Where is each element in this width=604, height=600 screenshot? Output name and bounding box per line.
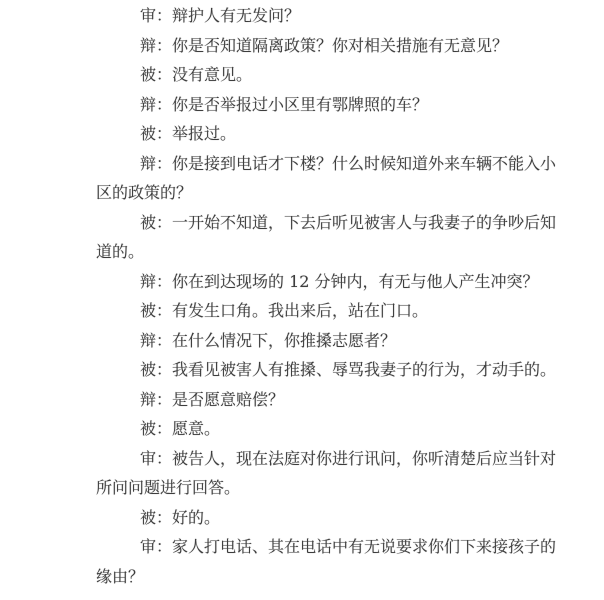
transcript-paragraph: 被：有发生口角。我出来后，站在门口。 (96, 296, 558, 326)
transcript-paragraph: 辩：你是接到电话才下楼？什么时候知道外来车辆不能入小区的政策的？ (96, 149, 558, 208)
transcript-paragraph: 辩：你在到达现场的 12 分钟内，有无与他人产生冲突？ (96, 267, 558, 297)
transcript-paragraph: 被：一开始不知道，下去后听见被害人与我妻子的争吵后知道的。 (96, 208, 558, 267)
transcript-paragraph: 辩：你是否知道隔离政策？你对相关措施有无意见？ (96, 31, 558, 61)
transcript-paragraph: 辩：你是否举报过小区里有鄂牌照的车？ (96, 90, 558, 120)
transcript-paragraph: 被：我看见被害人有推搡、辱骂我妻子的行为，才动手的。 (96, 355, 558, 385)
transcript-paragraph: 辩：是否愿意赔偿？ (96, 385, 558, 415)
transcript-paragraph: 被：没有意见。 (96, 60, 558, 90)
transcript-text: 审：辩护人有无发问？ 辩：你是否知道隔离政策？你对相关措施有无意见？ 被：没有意… (96, 1, 558, 591)
transcript-paragraph: 审：家人打电话、其在电话中有无说要求你们下来接孩子的缘由？ (96, 532, 558, 591)
transcript-paragraph: 被：好的。 (96, 503, 558, 533)
transcript-paragraph: 被：举报过。 (96, 119, 558, 149)
transcript-paragraph: 被：愿意。 (96, 414, 558, 444)
transcript-paragraph: 审：被告人，现在法庭对你进行讯问，你听清楚后应当针对所问问题进行回答。 (96, 444, 558, 503)
transcript-paragraph: 审：辩护人有无发问？ (96, 1, 558, 31)
transcript-paragraph: 辩：在什么情况下，你推搡志愿者？ (96, 326, 558, 356)
document-page: 审：辩护人有无发问？ 辩：你是否知道隔离政策？你对相关措施有无意见？ 被：没有意… (0, 0, 604, 600)
